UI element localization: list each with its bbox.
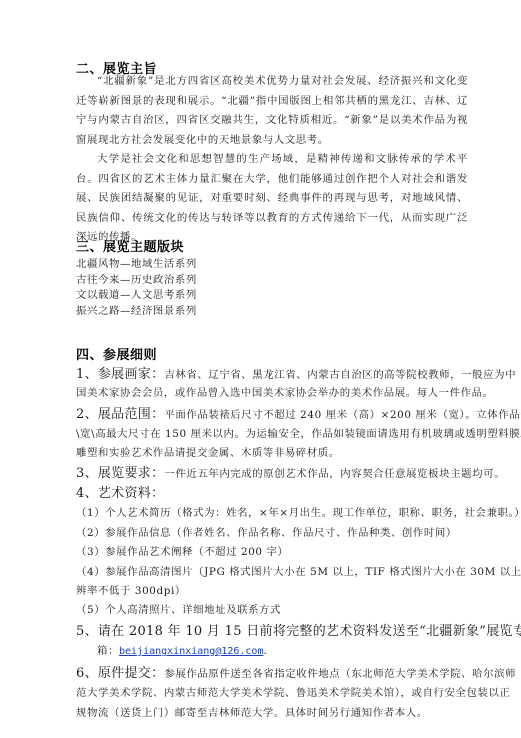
theme-item: 北疆风物—地域生活系列 bbox=[76, 255, 197, 270]
rule-scope-cont: 雕塑和实验艺术作品请提交金属、木质等非易碎材质。 bbox=[76, 444, 340, 459]
rule-label: 1、参展画家： bbox=[76, 367, 164, 382]
email-link[interactable]: beijiangxinxiang@126.com bbox=[119, 646, 264, 657]
theme-item: 文以载道—人文思考系列 bbox=[76, 286, 197, 301]
materials-item: （2）参展作品信息（作者姓名、作品名称、作品尺寸、作品种类、创作时间） bbox=[76, 524, 457, 539]
materials-item: （1）个人艺术简历（格式为：姓名，×年×月出生。现工作单位，职称、职务，社会兼职… bbox=[76, 504, 521, 519]
rule-deadline-email-line: 箱：beijiangxinxiang@126.com. bbox=[97, 642, 267, 657]
email-suffix: . bbox=[263, 645, 267, 657]
rule-submission: 6、原件提交：参展作品原件送至各省指定收件地点（东北师范大学美术学院、哈尔滨师 bbox=[76, 662, 516, 681]
rule-text: 平面作品装裱后尺寸不超过 240 厘米（高）×200 厘米（宽）。立体作品长 bbox=[164, 409, 521, 421]
materials-item: （5）个人高清照片、详细地址及联系方式 bbox=[76, 601, 281, 616]
rule-materials-label: 4、艺术资料： bbox=[76, 482, 164, 501]
rule-requirements: 3、展览要求：一件近五年内完成的原创艺术作品，内容契合任意展览板块主题均可。 bbox=[76, 462, 505, 481]
rule-scope: 2、展品范围：平面作品装裱后尺寸不超过 240 厘米（高）×200 厘米（宽）。… bbox=[76, 403, 521, 422]
rule-text: 吉林省、辽宁省、黑龙江省、内蒙古自治区的高等院校教师，一般应为中 bbox=[164, 369, 516, 381]
purpose-paragraph-1: “北疆新象”是北方四省区高校美术优势力量对社会发展、经济振兴和文化变迁等崭新图景… bbox=[76, 72, 468, 150]
rule-text: 一件近五年内完成的原创艺术作品，内容契合任意展览板块主题均可。 bbox=[164, 468, 505, 480]
rule-label: 2、展品范围： bbox=[76, 407, 164, 422]
materials-item-cont: 辨率不低于 300dpi） bbox=[76, 582, 186, 597]
theme-item: 古往今来—历史政治系列 bbox=[76, 271, 197, 286]
theme-item: 振兴之路—经济图景系列 bbox=[76, 302, 197, 317]
section-heading-theme-sections: 三、展览主题版块 bbox=[76, 236, 184, 255]
materials-item: （3）参展作品艺术阐释（不超过 200 字） bbox=[76, 543, 289, 558]
rule-submission-cont: 范大学美术学院、内蒙古师范大学美术学院、鲁迅美术学院美术馆），或自行安全包装以正 bbox=[76, 684, 510, 699]
purpose-paragraph-2: 大学是社会文化和思想智慧的生产场域，是精神传递和文脉传承的学术平台。四省区的艺术… bbox=[76, 150, 468, 248]
rule-text: 参展作品原件送至各省指定收件地点（东北师范大学美术学院、哈尔滨师 bbox=[164, 668, 516, 680]
rule-artists: 1、参展画家：吉林省、辽宁省、黑龙江省、内蒙古自治区的高等院校教师，一般应为中 bbox=[76, 363, 516, 382]
materials-item: （4）参展作品高清图片（JPG 格式图片大小在 5M 以上，TIF 格式图片大小… bbox=[76, 563, 521, 578]
email-prefix: 箱： bbox=[97, 645, 119, 657]
rule-scope-cont: \宽\高最大尺寸在 150 厘米以内。为运输安全，作品如装镜面请选用有机玻璃或透… bbox=[76, 425, 521, 440]
rule-deadline: 5、请在 2018 年 10 月 15 日前将完整的艺术资料发送至“北疆新象”展… bbox=[76, 620, 521, 639]
rule-label: 6、原件提交： bbox=[76, 666, 164, 681]
rule-submission-cont: 规物流（送货上门）邮寄至吉林师范大学。具体时间另行通知作者本人。 bbox=[76, 704, 428, 719]
rule-label: 3、展览要求： bbox=[76, 466, 164, 481]
section-heading-participation-rules: 四、参展细则 bbox=[76, 344, 157, 363]
rule-artists-cont: 国美术家协会会员，或作品曾入选中国美术家协会举办的美术作品展。每人一件作品。 bbox=[76, 384, 494, 399]
